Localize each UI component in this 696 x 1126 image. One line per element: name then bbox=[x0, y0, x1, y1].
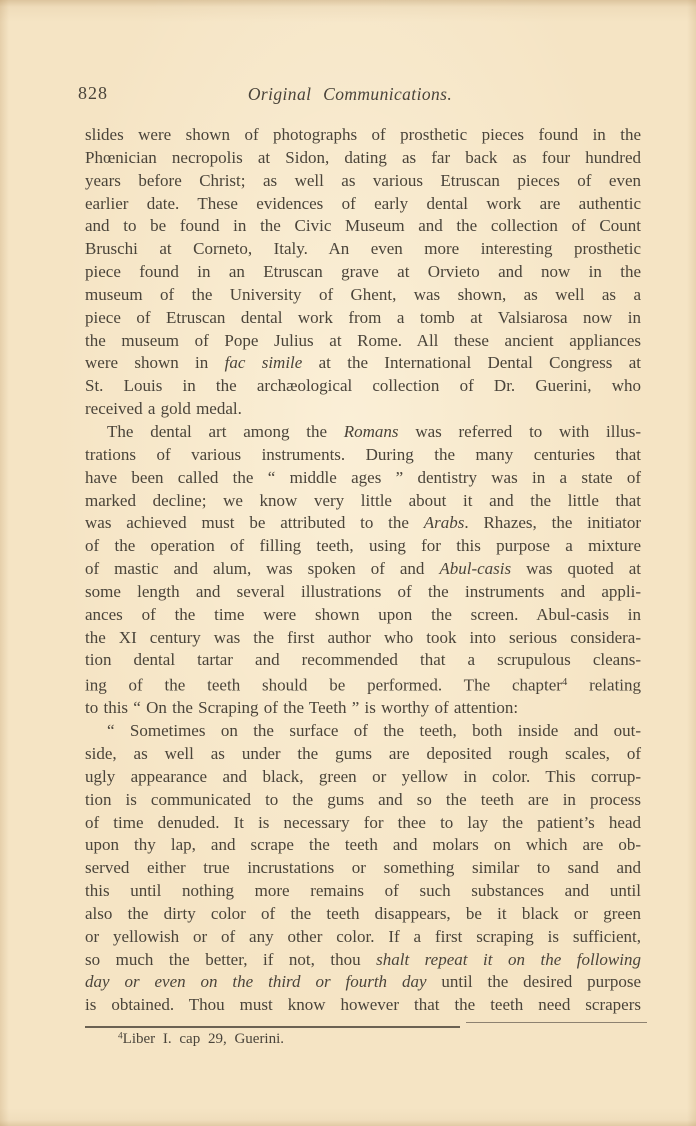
text-line: tion is communicated to the gums and so … bbox=[85, 789, 641, 812]
text-line: Phœnician necropolis at Sidon, dating as… bbox=[85, 147, 641, 170]
text-line: tion dental tartar and recommended that … bbox=[85, 649, 641, 672]
paragraph: The dental art among the Romans was refe… bbox=[85, 421, 641, 720]
body-text: slides were shown of photographs of pros… bbox=[85, 124, 641, 1017]
text-line: or yellowish or of any other color. If a… bbox=[85, 926, 641, 949]
text-line: The dental art among the Romans was refe… bbox=[85, 421, 641, 444]
text-line: piece of Etruscan dental work from a tom… bbox=[85, 307, 641, 330]
text-line: Bruschi at Corneto, Italy. An even more … bbox=[85, 238, 641, 261]
text-line: upon thy lap, and scrape the teeth and m… bbox=[85, 834, 641, 857]
text-line: to this “ On the Scraping of the Teeth ”… bbox=[85, 697, 641, 720]
text-line: the XI century was the first author who … bbox=[85, 627, 641, 650]
text-line: “ Sometimes on the surface of the teeth,… bbox=[85, 720, 641, 743]
paragraph: “ Sometimes on the surface of the teeth,… bbox=[85, 720, 641, 1017]
text-line: the museum of Pope Julius at Rome. All t… bbox=[85, 330, 641, 353]
text-line: so much the better, if not, thou shalt r… bbox=[85, 949, 641, 972]
text-line: of time denuded. It is necessary for the… bbox=[85, 812, 641, 835]
text-line: trations of various instruments. During … bbox=[85, 444, 641, 467]
book-page: 828 Original Communications. slides were… bbox=[0, 0, 696, 1126]
text-line: of the operation of filling teeth, using… bbox=[85, 535, 641, 558]
text-line: earlier date. These evidences of early d… bbox=[85, 193, 641, 216]
text-line: this until nothing more remains of such … bbox=[85, 880, 641, 903]
footnote: 4Liber I. cap 29, Guerini. bbox=[85, 1031, 641, 1048]
text-line: also the dirty color of the teeth disapp… bbox=[85, 903, 641, 926]
text-line: day or even on the third or fourth day u… bbox=[85, 971, 641, 994]
text-line: were shown in fac simile at the Internat… bbox=[85, 352, 641, 375]
text-line: marked decline; we know very little abou… bbox=[85, 490, 641, 513]
text-line: some length and several illustrations of… bbox=[85, 581, 641, 604]
text-line: ances of the time were shown upon the sc… bbox=[85, 604, 641, 627]
text-line: and to be found in the Civic Museum and … bbox=[85, 215, 641, 238]
text-line: slides were shown of photographs of pros… bbox=[85, 124, 641, 147]
footnote-rule-left bbox=[85, 1026, 460, 1028]
text-line: of mastic and alum, was spoken of and Ab… bbox=[85, 558, 641, 581]
footnote-text: Liber I. cap 29, Guerini. bbox=[123, 1031, 284, 1047]
text-line: ing of the teeth should be performed. Th… bbox=[85, 672, 641, 697]
footnote-rule-right bbox=[466, 1022, 647, 1023]
text-line: side, as well as under the gums are depo… bbox=[85, 743, 641, 766]
text-line: piece found in an Etruscan grave at Orvi… bbox=[85, 261, 641, 284]
text-line: years before Christ; as well as various … bbox=[85, 170, 641, 193]
text-line: served either true incrustations or some… bbox=[85, 857, 641, 880]
text-line: St. Louis in the archæological collectio… bbox=[85, 375, 641, 398]
text-line: received a gold medal. bbox=[85, 398, 641, 421]
text-line: museum of the University of Ghent, was s… bbox=[85, 284, 641, 307]
text-line: was achieved must be attributed to the A… bbox=[85, 512, 641, 535]
paragraph: slides were shown of photographs of pros… bbox=[85, 124, 641, 421]
text-line: is obtained. Thou must know however that… bbox=[85, 994, 641, 1017]
running-head: Original Communications. bbox=[85, 84, 615, 105]
text-line: ugly appearance and black, green or yell… bbox=[85, 766, 641, 789]
text-line: have been called the “ middle ages ” den… bbox=[85, 467, 641, 490]
